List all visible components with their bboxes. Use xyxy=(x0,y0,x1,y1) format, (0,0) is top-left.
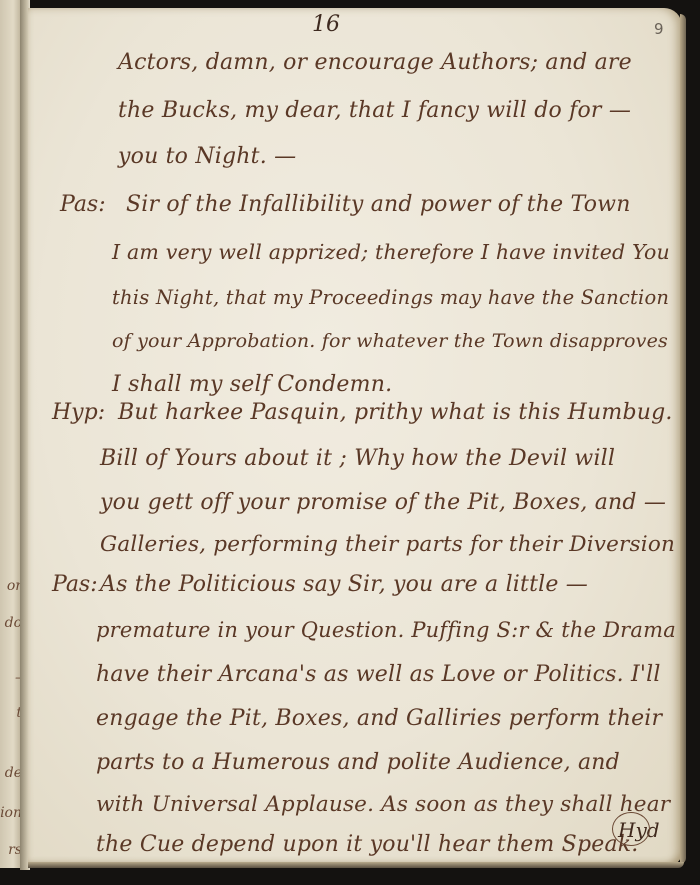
text-line: Actors, damn, or encourage Authors; and … xyxy=(118,50,632,75)
facing-page-fragment: t xyxy=(0,705,22,721)
facing-page-edge: or do – t de ion rs xyxy=(0,0,22,868)
text-line: I shall my self Condemn. xyxy=(112,372,392,397)
text-line: Galleries, performing their parts for th… xyxy=(100,532,675,557)
facing-page-fragment: ion xyxy=(0,805,22,821)
text-line: the Bucks, my dear, that I fancy will do… xyxy=(118,98,631,123)
facing-page-fragment: do xyxy=(0,615,22,631)
text-line: But harkee Pasquin, prithy what is this … xyxy=(118,400,673,425)
facing-page-fragment: – xyxy=(0,670,22,686)
text-line: have their Arcana's as well as Love or P… xyxy=(96,662,661,687)
speaker-label: Pas: xyxy=(60,192,106,217)
page-number: 16 xyxy=(312,12,340,37)
speaker-label: Hyp: xyxy=(52,400,105,425)
text-line: with Universal Applause. As soon as they… xyxy=(96,792,670,817)
text-line: this Night, that my Proceedings may have… xyxy=(112,286,669,309)
facing-page-fragment: or xyxy=(0,578,22,594)
text-line: parts to a Humerous and polite Audience,… xyxy=(96,750,620,775)
page-bottom-edge xyxy=(28,862,684,868)
text-line: Bill of Yours about it ; Why how the Dev… xyxy=(100,446,615,471)
page-right-edge xyxy=(680,14,686,864)
facing-page-fragment: de xyxy=(0,765,22,781)
text-line: you gett off your promise of the Pit, Bo… xyxy=(100,490,666,515)
manuscript-page xyxy=(28,8,682,866)
text-line: Sir of the Infallibility and power of th… xyxy=(126,192,631,217)
text-line: the Cue depend upon it you'll hear them … xyxy=(96,832,639,857)
text-line: you to Night. — xyxy=(118,144,296,169)
text-line: engage the Pit, Boxes, and Galliries per… xyxy=(96,706,662,731)
speaker-label: Pas: xyxy=(52,572,98,597)
text-line: As the Politicious say Sir, you are a li… xyxy=(100,572,588,597)
text-line: I am very well apprized; therefore I hav… xyxy=(112,240,670,264)
text-line: of your Approbation. for whatever the To… xyxy=(112,330,668,352)
catchword: Hyd xyxy=(618,818,660,842)
facing-page-fragment: rs xyxy=(0,842,22,858)
folio-number: 9 xyxy=(654,20,664,38)
text-line: premature in your Question. Puffing S:r … xyxy=(96,618,676,642)
